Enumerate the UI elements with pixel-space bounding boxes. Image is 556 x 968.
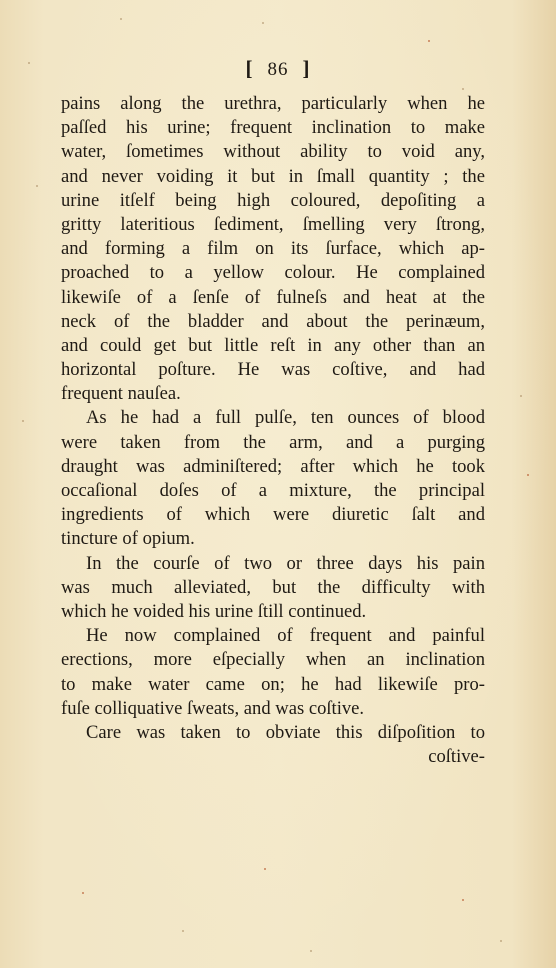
paper-speck xyxy=(462,88,464,90)
text-line: paſſed his urine; frequent inclination t… xyxy=(61,116,485,140)
text-line: frequent nauſea. xyxy=(61,382,485,406)
paper-speck xyxy=(120,18,122,20)
paper-speck xyxy=(82,892,84,894)
paper-speck xyxy=(527,474,529,476)
text-line: and forming a film on its ſurface, which… xyxy=(61,237,485,261)
bracket-close: ] xyxy=(303,56,311,80)
text-line: were taken from the arm, and a purging xyxy=(61,431,485,455)
text-line: which he voided his urine ſtill continue… xyxy=(61,600,485,624)
paper-speck xyxy=(500,940,502,942)
bracket-open: [ xyxy=(246,56,254,80)
page-header: [86] xyxy=(0,56,556,81)
paper-speck xyxy=(310,950,312,952)
paper-speck xyxy=(262,22,264,24)
paper-speck xyxy=(182,930,184,932)
paper-speck xyxy=(462,899,464,901)
text-line: draught was adminiſtered; after which he… xyxy=(61,455,485,479)
text-line: As he had a full pulſe, ten ounces of bl… xyxy=(61,406,485,430)
text-line: proached to a yellow colour. He complain… xyxy=(61,261,485,285)
page-number: 86 xyxy=(268,59,289,80)
paper-speck xyxy=(520,395,522,397)
text-line: neck of the bladder and about the perinæ… xyxy=(61,310,485,334)
text-line: tincture of opium. xyxy=(61,527,485,551)
paper-speck xyxy=(36,185,38,187)
body-text: pains along the urethra, particularly wh… xyxy=(61,92,485,769)
paper-speck xyxy=(428,40,430,42)
text-line: and never voiding it but in ſmall quanti… xyxy=(61,165,485,189)
paper-speck xyxy=(264,868,266,870)
text-line: urine itſelf being high coloured, depoſi… xyxy=(61,189,485,213)
text-line: In the courſe of two or three days his p… xyxy=(61,552,485,576)
text-line: likewiſe of a ſenſe of fulneſs and heat … xyxy=(61,286,485,310)
text-line: erections, more eſpecially when an incli… xyxy=(61,648,485,672)
text-line: gritty lateritious ſediment, ſmelling ve… xyxy=(61,213,485,237)
text-line: was much alleviated, but the difficulty … xyxy=(61,576,485,600)
text-line: ingredients of which were diuretic ſalt … xyxy=(61,503,485,527)
text-line: He now complained of frequent and painfu… xyxy=(61,624,485,648)
text-line: water, ſometimes without ability to void… xyxy=(61,140,485,164)
text-line: and could get but little reſt in any oth… xyxy=(61,334,485,358)
paper-speck xyxy=(22,420,24,422)
text-line: Care was taken to obviate this diſpoſiti… xyxy=(61,721,485,745)
text-line: occaſional doſes of a mixture, the princ… xyxy=(61,479,485,503)
text-line: fuſe colliquative ſweats, and was coſtiv… xyxy=(61,697,485,721)
text-line: to make water came on; he had likewiſe p… xyxy=(61,673,485,697)
text-line: pains along the urethra, particularly wh… xyxy=(61,92,485,116)
catchword: coſtive- xyxy=(61,745,485,769)
text-line: horizontal poſture. He was coſtive, and … xyxy=(61,358,485,382)
book-page: [86] pains along the urethra, particular… xyxy=(0,0,556,968)
